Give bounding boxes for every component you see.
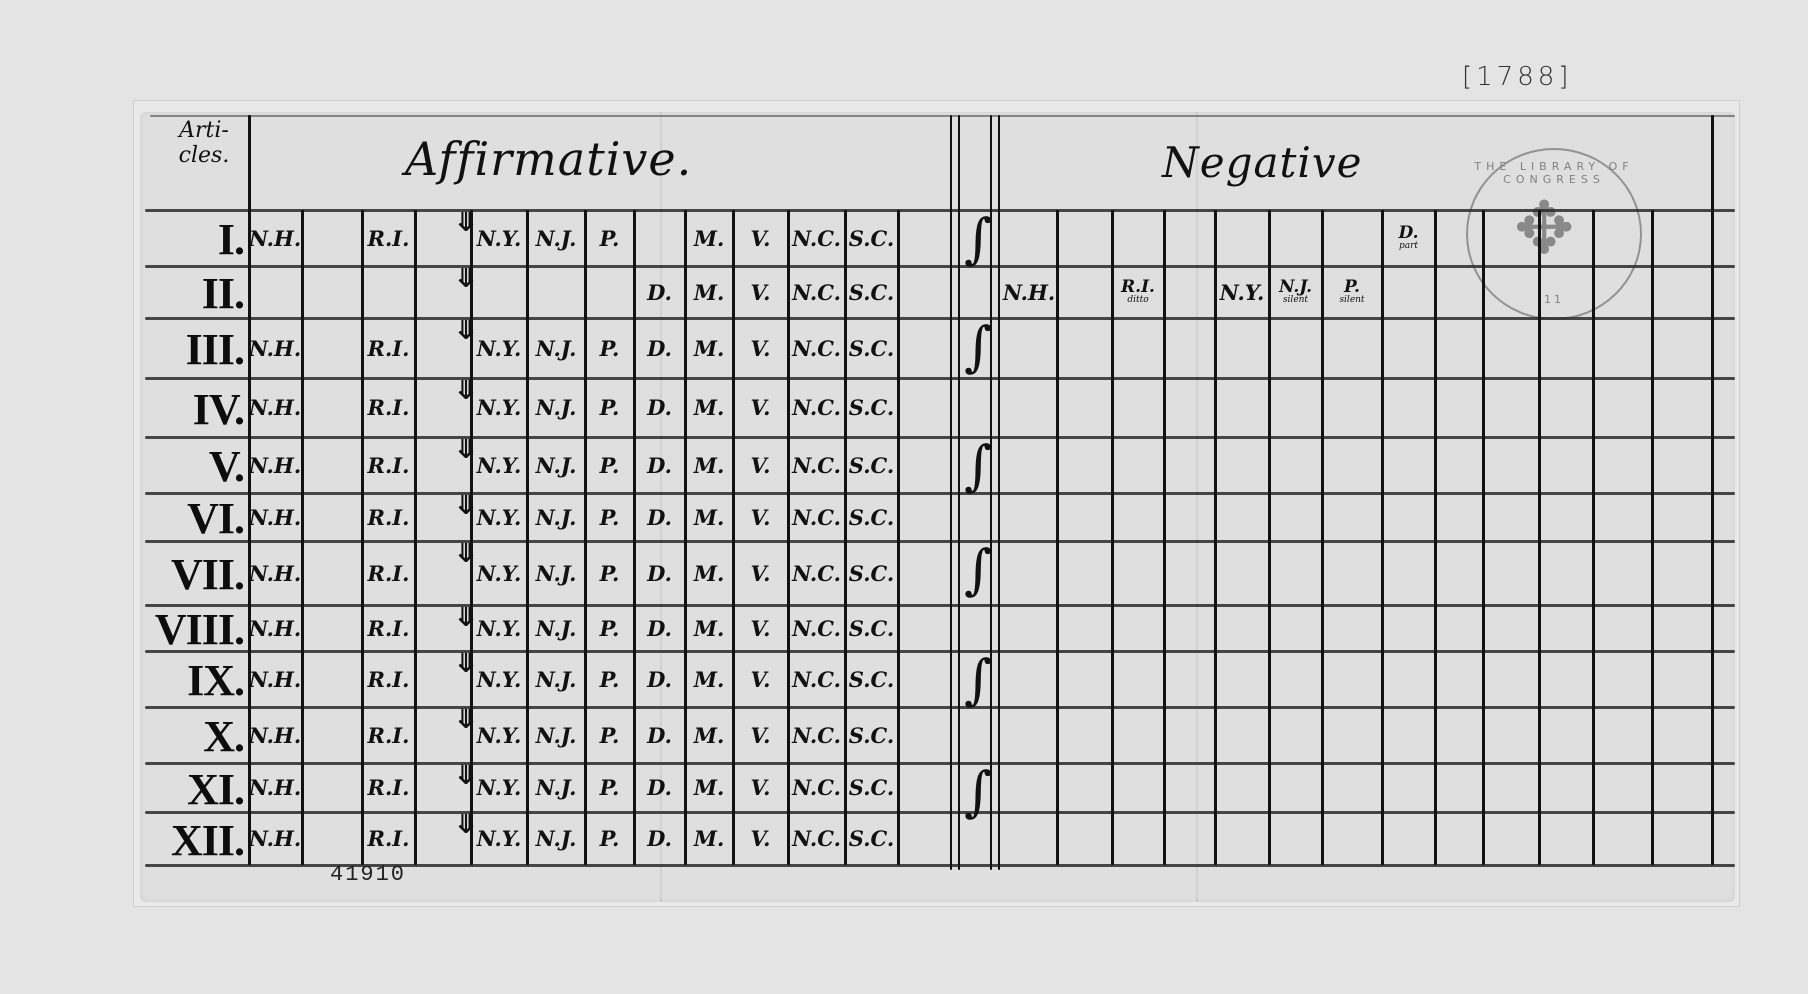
vote-affirmative: N.J. <box>527 318 585 378</box>
vote-affirmative: N.Y. <box>471 541 527 605</box>
vote-affirmative: P. <box>585 651 634 707</box>
vote-affirmative: M. <box>685 210 733 266</box>
table-top-rule <box>150 115 1735 117</box>
article-number: X. <box>130 709 244 765</box>
column-line <box>1434 210 1437 865</box>
vote-affirmative: D. <box>634 812 685 865</box>
vote-affirmative: N.Y. <box>471 763 527 812</box>
vote-affirmative: P. <box>585 707 634 763</box>
vote-affirmative: S.C. <box>845 266 898 318</box>
affirmative-heading: Affirmative. <box>405 132 692 186</box>
vote-affirmative: N.H. <box>248 763 302 812</box>
vote-affirmative: R.I. <box>362 812 415 865</box>
bracket-icon: ∫ <box>964 543 992 597</box>
vote-affirmative: N.C. <box>788 763 845 812</box>
vote-note: part <box>1399 242 1418 251</box>
vote-negative: N.Y. <box>1215 266 1269 318</box>
vote-affirmative: V. <box>733 378 788 437</box>
vote-affirmative: M. <box>685 707 733 763</box>
vote-affirmative: N.C. <box>788 437 845 493</box>
vote-affirmative: D. <box>634 318 685 378</box>
vote-affirmative: V. <box>733 763 788 812</box>
vote-affirmative: S.C. <box>845 812 898 865</box>
article-number: I. <box>130 212 244 268</box>
vote-affirmative: M. <box>685 493 733 541</box>
vote-affirmative: N.Y. <box>471 707 527 763</box>
vote-affirmative: N.Y. <box>471 378 527 437</box>
article-number: IX. <box>130 653 244 709</box>
vote-affirmative: N.J. <box>527 763 585 812</box>
article-number: IV. <box>130 380 244 439</box>
bracket-icon: ∫ <box>964 765 992 819</box>
stamp-text: THE LIBRARY OF CONGRESS <box>1468 160 1640 186</box>
vote-affirmative: S.C. <box>845 210 898 266</box>
vote-affirmative: R.I. <box>362 437 415 493</box>
vote-affirmative: D. <box>634 541 685 605</box>
vote-affirmative: N.C. <box>788 266 845 318</box>
vote-affirmative: D. <box>634 651 685 707</box>
vote-affirmative: N.J. <box>527 707 585 763</box>
library-stamp: THE LIBRARY OF CONGRESS ✥ 11 <box>1466 148 1642 320</box>
article-number: VIII. <box>130 607 244 653</box>
vote-affirmative: R.I. <box>362 707 415 763</box>
vote-affirmative: P. <box>585 605 634 651</box>
bracket-icon: ∫ <box>964 653 992 707</box>
vote-affirmative: N.Y. <box>471 437 527 493</box>
vote-affirmative: N.H. <box>248 812 302 865</box>
vote-affirmative: P. <box>585 318 634 378</box>
article-number: III. <box>130 320 244 380</box>
vote-state: D. <box>1398 225 1418 242</box>
vote-affirmative: N.Y. <box>471 605 527 651</box>
article-number: VI. <box>130 495 244 543</box>
vote-affirmative: M. <box>685 266 733 318</box>
vote-affirmative: N.J. <box>527 493 585 541</box>
vote-affirmative: N.J. <box>527 541 585 605</box>
articles-column-header: Arti-cles. <box>160 118 248 168</box>
vote-affirmative: N.Y. <box>471 210 527 266</box>
vote-state: N.J. <box>1279 279 1312 296</box>
divider-line <box>998 115 1000 870</box>
vote-affirmative: M. <box>685 605 733 651</box>
vote-affirmative: S.C. <box>845 493 898 541</box>
vote-negative: D.part <box>1382 210 1435 266</box>
vote-state: P. <box>1344 279 1360 296</box>
bracket-icon: ∫ <box>964 439 992 493</box>
vote-affirmative: M. <box>685 651 733 707</box>
vote-negative: R.I.ditto <box>1112 266 1164 318</box>
vote-affirmative: V. <box>733 318 788 378</box>
arrow-down-icon: ⤋ <box>455 264 477 294</box>
vote-affirmative: N.J. <box>527 210 585 266</box>
vote-affirmative: D. <box>634 266 685 318</box>
vote-affirmative: D. <box>634 378 685 437</box>
vote-affirmative: V. <box>733 541 788 605</box>
vote-affirmative: P. <box>585 437 634 493</box>
paper-fold <box>1196 112 1198 902</box>
vote-affirmative: R.I. <box>362 378 415 437</box>
vote-affirmative: M. <box>685 763 733 812</box>
article-number: XII. <box>130 814 244 867</box>
vote-affirmative: R.I. <box>362 210 415 266</box>
vote-affirmative: M. <box>685 437 733 493</box>
vote-note: silent <box>1339 296 1364 305</box>
article-number: V. <box>130 439 244 495</box>
vote-affirmative: M. <box>685 318 733 378</box>
vote-negative: N.J.silent <box>1269 266 1322 318</box>
vote-affirmative: S.C. <box>845 318 898 378</box>
vote-affirmative: S.C. <box>845 707 898 763</box>
vote-affirmative: N.H. <box>248 493 302 541</box>
vote-affirmative: N.J. <box>527 812 585 865</box>
vote-affirmative: N.Y. <box>471 651 527 707</box>
vote-affirmative: S.C. <box>845 763 898 812</box>
vote-affirmative: V. <box>733 266 788 318</box>
catalog-number: 41910 <box>330 862 406 887</box>
article-number: XI. <box>130 765 244 814</box>
vote-negative: N.H. <box>1001 266 1057 318</box>
article-number: II. <box>130 268 244 320</box>
vote-affirmative: R.I. <box>362 493 415 541</box>
vote-affirmative: P. <box>585 541 634 605</box>
vote-affirmative: S.C. <box>845 541 898 605</box>
vote-affirmative: N.C. <box>788 651 845 707</box>
date-annotation: [1788] <box>1462 62 1572 92</box>
vote-affirmative: S.C. <box>845 378 898 437</box>
vote-affirmative: N.H. <box>248 707 302 763</box>
vote-note: silent <box>1283 296 1308 305</box>
vote-affirmative: S.C. <box>845 605 898 651</box>
vote-affirmative: N.C. <box>788 318 845 378</box>
vote-affirmative: D. <box>634 707 685 763</box>
vote-affirmative: N.H. <box>248 541 302 605</box>
vote-affirmative: N.H. <box>248 651 302 707</box>
vote-state: R.I. <box>1121 279 1155 296</box>
vote-affirmative: N.J. <box>527 437 585 493</box>
vote-affirmative: V. <box>733 605 788 651</box>
vote-affirmative: P. <box>585 763 634 812</box>
vote-affirmative: P. <box>585 378 634 437</box>
vote-affirmative: N.Y. <box>471 812 527 865</box>
vote-affirmative: N.H. <box>248 318 302 378</box>
vote-affirmative: P. <box>585 493 634 541</box>
vote-affirmative: N.H. <box>248 210 302 266</box>
vote-affirmative: R.I. <box>362 605 415 651</box>
divider-line <box>950 115 952 870</box>
vote-affirmative: N.Y. <box>471 493 527 541</box>
divider-line <box>958 115 960 870</box>
vote-affirmative: N.H. <box>248 605 302 651</box>
vote-affirmative: R.I. <box>362 318 415 378</box>
vote-affirmative: D. <box>634 493 685 541</box>
vote-affirmative: N.C. <box>788 605 845 651</box>
vote-affirmative: N.C. <box>788 707 845 763</box>
stamp-number: 11 <box>1468 293 1640 306</box>
vote-affirmative: M. <box>685 541 733 605</box>
bracket-icon: ∫ <box>964 212 992 266</box>
vote-affirmative: S.C. <box>845 651 898 707</box>
column-line <box>1538 210 1541 865</box>
vote-affirmative: N.J. <box>527 651 585 707</box>
vote-negative: P.silent <box>1322 266 1382 318</box>
vote-state: N.Y. <box>1220 280 1265 305</box>
vote-affirmative: N.H. <box>248 378 302 437</box>
column-line <box>1651 210 1654 865</box>
vote-affirmative: P. <box>585 210 634 266</box>
bracket-icon: ∫ <box>964 320 992 374</box>
column-line <box>1482 210 1485 865</box>
eagle-icon: ✥ <box>1514 188 1574 268</box>
vote-affirmative: S.C. <box>845 437 898 493</box>
vote-affirmative: M. <box>685 378 733 437</box>
vote-affirmative: N.C. <box>788 378 845 437</box>
column-line <box>1711 210 1714 865</box>
vote-affirmative: V. <box>733 707 788 763</box>
vote-affirmative: V. <box>733 493 788 541</box>
article-number: VII. <box>130 543 244 607</box>
vote-affirmative: M. <box>685 812 733 865</box>
vote-affirmative: P. <box>585 812 634 865</box>
vote-affirmative: V. <box>733 437 788 493</box>
vote-affirmative: V. <box>733 210 788 266</box>
vote-affirmative: N.H. <box>248 437 302 493</box>
vote-affirmative: R.I. <box>362 541 415 605</box>
column-line <box>1711 115 1714 210</box>
vote-affirmative: R.I. <box>362 651 415 707</box>
negative-heading: Negative <box>1162 138 1362 187</box>
vote-affirmative: D. <box>634 437 685 493</box>
vote-affirmative: D. <box>634 605 685 651</box>
vote-affirmative: N.J. <box>527 378 585 437</box>
vote-affirmative: N.C. <box>788 493 845 541</box>
vote-affirmative: D. <box>634 763 685 812</box>
vote-state: N.H. <box>1003 280 1055 305</box>
vote-affirmative: N.C. <box>788 812 845 865</box>
vote-affirmative: V. <box>733 812 788 865</box>
column-line <box>1592 210 1595 865</box>
vote-affirmative: N.Y. <box>471 318 527 378</box>
vote-affirmative: V. <box>733 651 788 707</box>
vote-affirmative: R.I. <box>362 763 415 812</box>
vote-affirmative: N.C. <box>788 541 845 605</box>
vote-affirmative: N.J. <box>527 605 585 651</box>
vote-note: ditto <box>1127 296 1148 305</box>
vote-affirmative: N.C. <box>788 210 845 266</box>
